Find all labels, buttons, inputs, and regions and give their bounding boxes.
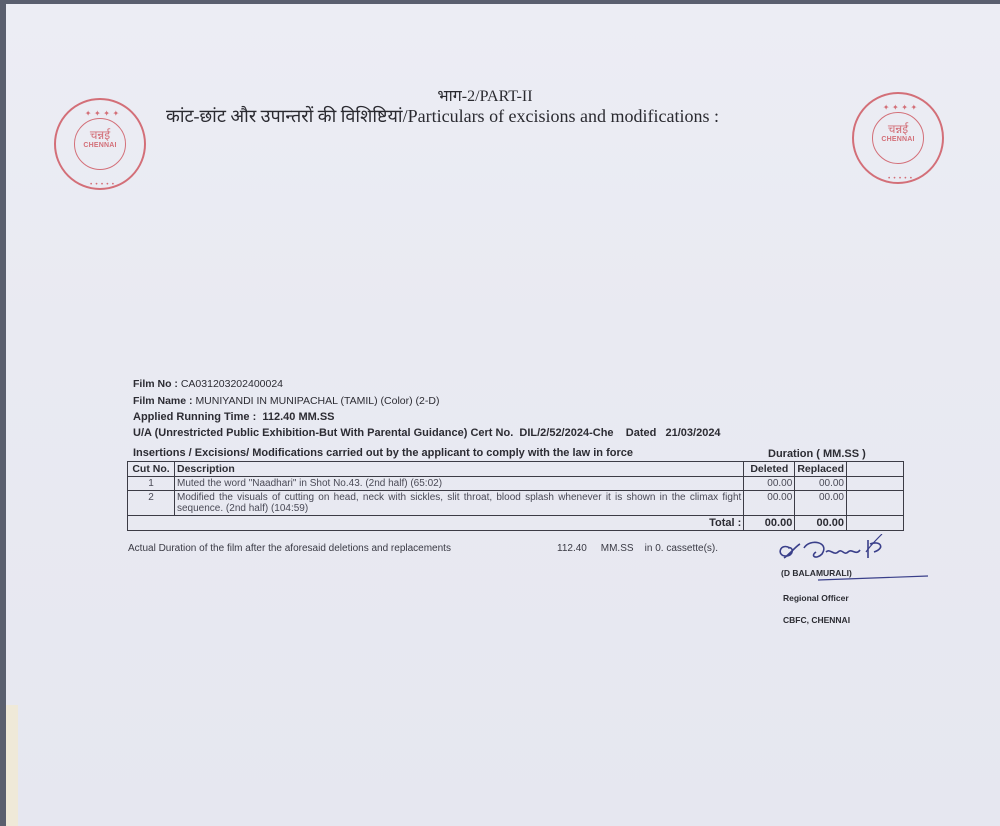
film-name-line: Film Name : MUNIYANDI IN MUNIPACHAL (TAM… <box>133 395 439 407</box>
cert-line: U/A (Unrestricted Public Exhibition-But … <box>133 427 721 439</box>
running-time-line: Applied Running Time : 112.40 MM.SS <box>133 411 335 423</box>
section-title: कांट-छांट और उपान्तरों की विशिष्टियां/Pa… <box>166 104 719 128</box>
stamp-hindi-text: चन्नई <box>873 123 923 136</box>
cut-replaced: 00.00 <box>795 477 847 491</box>
part-label: भाग-2/PART-II <box>0 84 970 106</box>
total-blank <box>847 516 904 531</box>
svg-text:✦ ✦ ✦ ✦: ✦ ✦ ✦ ✦ <box>85 109 120 118</box>
cut-no: 1 <box>128 477 175 491</box>
cut-no: 2 <box>128 491 175 516</box>
cut-blank <box>847 477 904 491</box>
film-name-label: Film Name : <box>133 395 193 407</box>
actual-duration-unit: MM.SS <box>601 543 634 554</box>
signatory-title: Regional Officer <box>783 593 849 603</box>
stamp-english-text: CHENNAI <box>75 142 125 149</box>
svg-text:• • • • •: • • • • • <box>887 175 912 182</box>
table-row: 1 Muted the word "Naadhari" in Shot No.4… <box>128 477 904 491</box>
dated-label: Dated <box>626 427 657 439</box>
total-label: Total : <box>128 516 744 531</box>
stamp-hindi-text: चन्नई <box>75 129 125 142</box>
signatory-name: (D BALAMURALI) <box>781 568 852 578</box>
cut-deleted: 00.00 <box>744 491 795 516</box>
running-time-value: 112.40 MM.SS <box>262 411 334 423</box>
film-no-value: CA031203202400024 <box>181 378 283 390</box>
svg-text:• • • • •: • • • • • <box>89 181 114 188</box>
paper-edge <box>6 705 18 826</box>
duration-heading: Duration ( MM.SS ) <box>768 448 866 460</box>
cert-no: DIL/2/52/2024-Che <box>519 427 613 439</box>
cassettes-text: in 0. cassette(s). <box>645 543 718 554</box>
film-no-label: Film No : <box>133 378 178 390</box>
insertions-heading: Insertions / Excisions/ Modifications ca… <box>133 447 633 459</box>
cut-replaced: 00.00 <box>795 491 847 516</box>
running-time-label: Applied Running Time : <box>133 411 256 423</box>
header-replaced: Replaced <box>795 462 847 477</box>
cut-blank <box>847 491 904 516</box>
total-deleted: 00.00 <box>744 516 795 531</box>
total-row: Total : 00.00 00.00 <box>128 516 904 531</box>
actual-duration-label: Actual Duration of the film after the af… <box>128 543 451 554</box>
total-replaced: 00.00 <box>795 516 847 531</box>
dated-value: 21/03/2024 <box>666 427 721 439</box>
film-no-line: Film No : CA031203202400024 <box>133 378 283 390</box>
header-blank <box>847 462 904 477</box>
actual-duration-line: 112.40 MM.SS in 0. cassette(s). <box>557 543 718 554</box>
header-deleted: Deleted <box>744 462 795 477</box>
cbfc-stamp-left: ✦ ✦ ✦ ✦ • • • • • चन्नई CHENNAI <box>54 98 146 190</box>
cut-description: Modified the visuals of cutting on head,… <box>175 491 744 516</box>
cut-deleted: 00.00 <box>744 477 795 491</box>
cut-description: Muted the word "Naadhari" in Shot No.43.… <box>175 477 744 491</box>
header-cut-no: Cut No. <box>128 462 175 477</box>
header-description: Description <box>175 462 744 477</box>
film-name-value: MUNIYANDI IN MUNIPACHAL (TAMIL) (Color) … <box>195 395 439 407</box>
table-header-row: Cut No. Description Deleted Replaced <box>128 462 904 477</box>
signatory-office: CBFC, CHENNAI <box>783 615 850 625</box>
stamp-english-text: CHENNAI <box>873 136 923 143</box>
table-row: 2 Modified the visuals of cutting on hea… <box>128 491 904 516</box>
cuts-table: Cut No. Description Deleted Replaced 1 M… <box>127 461 904 531</box>
cert-line-text: U/A (Unrestricted Public Exhibition-But … <box>133 427 513 439</box>
actual-duration-value: 112.40 <box>557 543 587 554</box>
